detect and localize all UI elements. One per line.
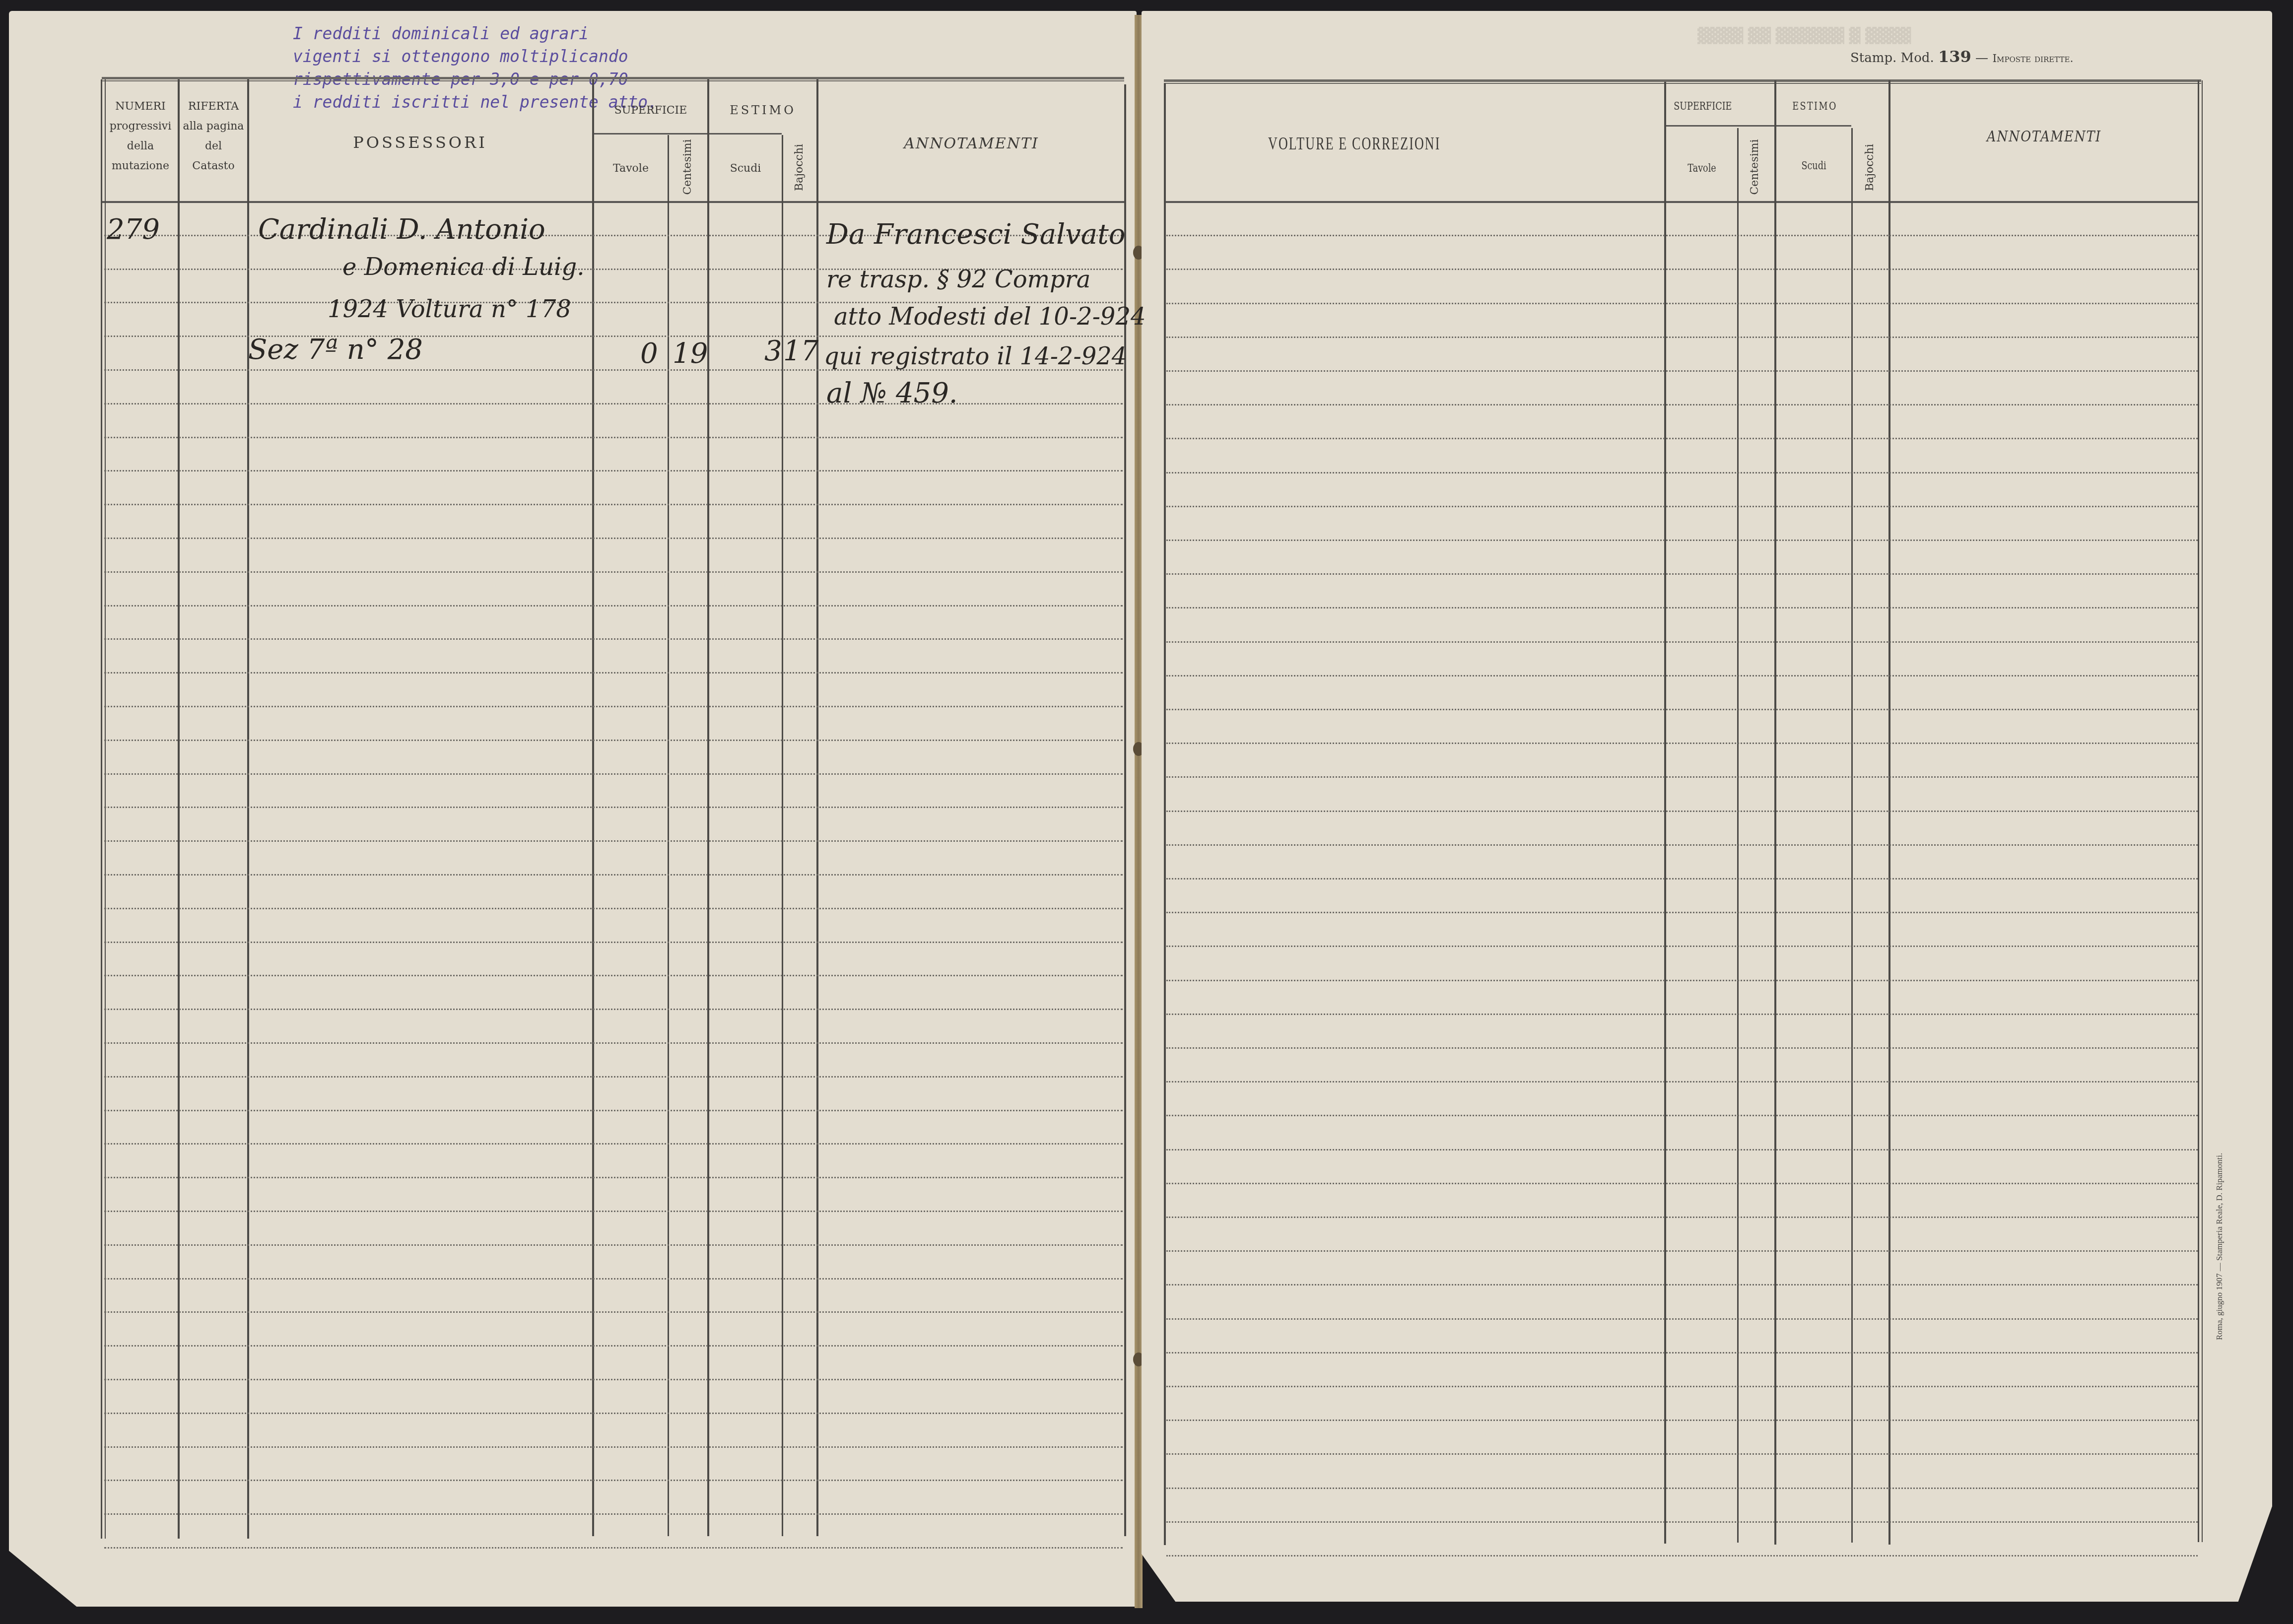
header-bajocchi: Bajocchi bbox=[1864, 140, 1876, 195]
right-subheader-rule bbox=[1665, 125, 1851, 127]
row-line bbox=[1166, 844, 2198, 846]
row-line bbox=[104, 874, 1123, 876]
entry-superficie-centesimi: 19 bbox=[673, 338, 708, 370]
header-scudi: Scudi bbox=[1784, 156, 1844, 176]
row-line bbox=[104, 1547, 1123, 1549]
header-tavole: Tavole bbox=[594, 159, 668, 179]
row-line bbox=[1166, 1488, 2198, 1489]
row-line bbox=[104, 1278, 1123, 1280]
col-divider bbox=[668, 135, 669, 1536]
header-centesimi: Centesimi bbox=[1749, 140, 1761, 195]
row-line bbox=[1166, 1115, 2198, 1116]
header-volture: VOLTURE E CORREZIONI bbox=[1268, 133, 1590, 154]
model-number: 139 bbox=[1938, 47, 1971, 66]
row-line bbox=[104, 1211, 1123, 1212]
row-line bbox=[1166, 1047, 2198, 1049]
row-line bbox=[104, 638, 1123, 640]
left-border-outer bbox=[101, 79, 106, 1539]
entry-possessore-line: e Domenica di Luig. bbox=[342, 253, 584, 281]
row-line bbox=[104, 975, 1123, 976]
header-numeri: NUMERI progressivi della mutazione bbox=[103, 97, 178, 176]
row-line bbox=[1166, 641, 2198, 643]
row-line bbox=[104, 1177, 1123, 1178]
row-line bbox=[104, 740, 1123, 741]
entry-possessore-line: Cardinali D. Antonio bbox=[258, 213, 545, 246]
col-divider bbox=[247, 79, 249, 1539]
right-page bbox=[1142, 11, 2272, 1602]
entry-possessore-line: Sez 7ª n° 28 bbox=[248, 334, 423, 366]
col-divider bbox=[1737, 128, 1739, 1543]
entry-annotazione-line: re trasp. § 92 Compra bbox=[826, 266, 1090, 293]
header-tavole: Tavole bbox=[1674, 159, 1730, 179]
row-line bbox=[104, 1244, 1123, 1246]
entry-annotazione-line: qui registrato il 14-2-924 bbox=[824, 342, 1127, 370]
row-line bbox=[104, 1379, 1123, 1380]
show-through-text: ▓▓▓▓ ▓▓ ▓▓▓▓▓▓ ▓ ▓▓▓▓ bbox=[1697, 27, 1911, 45]
right-border-inner bbox=[1164, 83, 1166, 1545]
form-model-label: Stamp. Mod. 139 — Imposte dirette. bbox=[1850, 47, 2073, 66]
header-possessori: POSSESSORI bbox=[248, 133, 592, 152]
printer-imprint: Roma, giugno 1907 — Stamperia Reale, D. … bbox=[2215, 1153, 2225, 1340]
row-line bbox=[1166, 1352, 2198, 1353]
row-line bbox=[1166, 438, 2198, 439]
row-line bbox=[1166, 1217, 2198, 1218]
left-table-top-rule bbox=[102, 77, 1124, 81]
row-line bbox=[104, 1076, 1123, 1078]
row-line bbox=[104, 807, 1123, 808]
row-line bbox=[104, 1413, 1123, 1414]
row-line bbox=[1166, 370, 2198, 372]
stamp-line: I redditi dominicali ed agrari bbox=[293, 22, 610, 45]
row-line bbox=[1166, 811, 2198, 812]
row-line bbox=[1166, 675, 2198, 677]
row-line bbox=[104, 403, 1123, 405]
header-estimo: ESTIMO bbox=[1784, 97, 1846, 117]
row-line bbox=[1166, 912, 2198, 913]
reddito-stamp: I redditi dominicali ed agrari vigenti s… bbox=[293, 22, 610, 114]
row-line bbox=[104, 1009, 1123, 1010]
row-line bbox=[1166, 472, 2198, 474]
right-border-outer bbox=[2198, 80, 2203, 1542]
header-scudi: Scudi bbox=[709, 159, 782, 179]
col-divider bbox=[1851, 128, 1853, 1543]
entry-numero: 279 bbox=[107, 213, 160, 246]
col-divider bbox=[1774, 80, 1776, 1545]
row-line bbox=[1166, 607, 2198, 609]
row-line bbox=[104, 840, 1123, 842]
row-line bbox=[1166, 540, 2198, 541]
entry-estimo-scudi: 3 bbox=[764, 335, 782, 367]
row-line bbox=[1166, 303, 2198, 304]
row-line bbox=[104, 942, 1123, 943]
row-line bbox=[1166, 1453, 2198, 1455]
header-riferta: RIFERTA alla pagina del Catasto bbox=[180, 97, 247, 176]
header-estimo: ESTIMO bbox=[709, 103, 816, 117]
entry-annotazione-line: al № 459. bbox=[826, 377, 958, 409]
row-line bbox=[1166, 776, 2198, 778]
col-divider bbox=[178, 79, 180, 1539]
header-superficie: SUPERFICIE bbox=[1674, 97, 1730, 117]
row-line bbox=[104, 672, 1123, 674]
row-line bbox=[104, 908, 1123, 909]
right-header-bottom-rule bbox=[1164, 201, 2199, 203]
row-line bbox=[1166, 573, 2198, 575]
entry-annotazione-line: atto Modesti del 10-2-924 bbox=[834, 303, 1146, 331]
row-line bbox=[1166, 1250, 2198, 1252]
entry-estimo-bajocchi: 17 bbox=[783, 335, 818, 367]
left-border-inner bbox=[1124, 84, 1126, 1536]
row-line bbox=[1166, 743, 2198, 744]
row-line bbox=[104, 1345, 1123, 1347]
row-line bbox=[104, 706, 1123, 707]
row-line bbox=[1166, 269, 2198, 270]
header-annotamenti: ANNOTAMENTI bbox=[818, 135, 1124, 152]
col-divider bbox=[1664, 82, 1666, 1544]
header-bajocchi: Bajocchi bbox=[793, 140, 806, 195]
row-line bbox=[1166, 1521, 2198, 1523]
row-line bbox=[104, 1513, 1123, 1515]
row-line bbox=[104, 1480, 1123, 1481]
entry-possessore-line: 1924 Voltura n° 178 bbox=[328, 295, 571, 323]
row-line bbox=[1166, 980, 2198, 981]
model-prefix: Stamp. Mod. bbox=[1850, 51, 1934, 66]
left-header-bottom-rule bbox=[102, 201, 1124, 203]
row-line bbox=[104, 605, 1123, 607]
row-line bbox=[1166, 946, 2198, 947]
entry-annotazione-line: Da Francesci Salvato bbox=[826, 218, 1125, 251]
right-table-top-rule bbox=[1164, 79, 2201, 84]
header-superficie: SUPERFICIE bbox=[594, 104, 707, 117]
row-line bbox=[1166, 1420, 2198, 1421]
row-line bbox=[104, 1446, 1123, 1448]
row-line bbox=[104, 571, 1123, 573]
row-line bbox=[1166, 1318, 2198, 1320]
left-subheader-rule bbox=[593, 133, 782, 135]
row-line bbox=[104, 470, 1123, 472]
row-line bbox=[104, 437, 1123, 438]
row-line bbox=[104, 773, 1123, 775]
stamp-line: vigenti si ottengono moltiplicando bbox=[293, 45, 610, 68]
header-annotamenti: ANNOTAMENTI bbox=[1913, 128, 2174, 145]
row-line bbox=[1166, 506, 2198, 507]
row-line bbox=[1166, 1284, 2198, 1286]
row-line bbox=[1166, 709, 2198, 710]
model-separator: — bbox=[1975, 51, 1988, 66]
row-line bbox=[1166, 1081, 2198, 1083]
row-line bbox=[1166, 1555, 2198, 1556]
model-suffix: Imposte dirette. bbox=[1992, 53, 2073, 65]
row-line bbox=[104, 1042, 1123, 1044]
row-line bbox=[104, 1311, 1123, 1313]
row-line bbox=[104, 538, 1123, 539]
row-line bbox=[1166, 1014, 2198, 1015]
row-line bbox=[1166, 337, 2198, 338]
row-line bbox=[1166, 1149, 2198, 1150]
row-line bbox=[104, 1143, 1123, 1145]
row-line bbox=[1166, 235, 2198, 236]
row-line bbox=[1166, 1183, 2198, 1184]
row-line bbox=[104, 1110, 1123, 1111]
row-line bbox=[104, 504, 1123, 505]
row-line bbox=[1166, 404, 2198, 406]
header-centesimi: Centesimi bbox=[681, 140, 694, 195]
col-divider bbox=[1888, 80, 1890, 1545]
row-line bbox=[1166, 878, 2198, 880]
row-line bbox=[1166, 1386, 2198, 1387]
entry-superficie-tavole: 0 bbox=[640, 338, 658, 370]
stamp-line: i redditi iscritti nel presente atto. bbox=[293, 91, 610, 114]
